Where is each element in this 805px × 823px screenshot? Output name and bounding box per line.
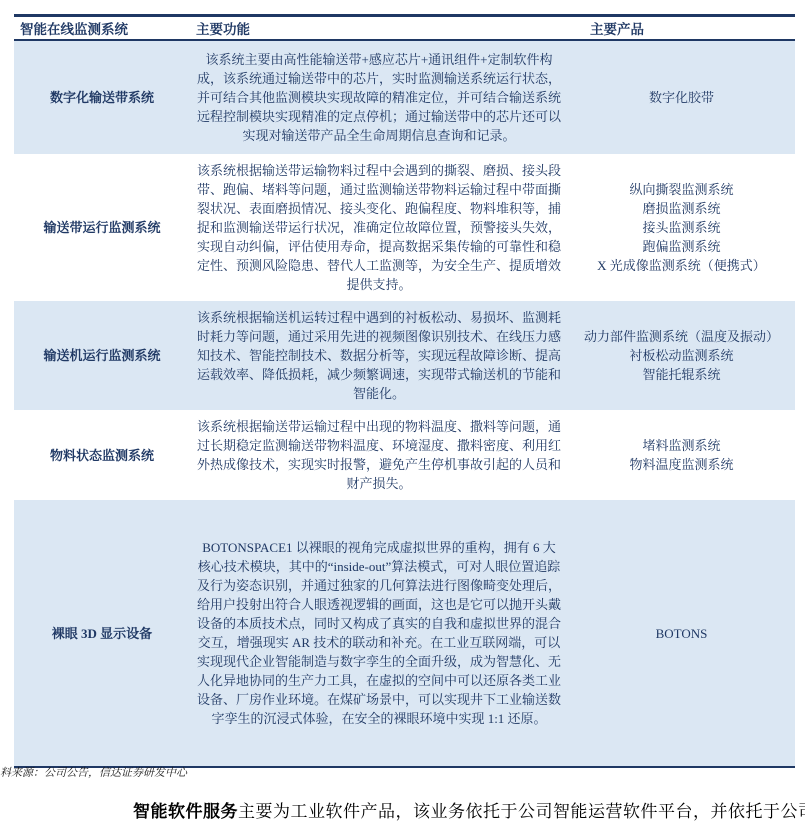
function-cell: 该系统根据输送机运转过程中遇到的衬板松动、易损坏、监测耗时耗力等问题，通过采用先… [190,301,568,410]
table-row-belt-operation: 输送带运行监测系统 该系统根据输送带运输物料过程中会遇到的撕裂、磨损、接头段带、… [14,154,795,301]
research-report-page: 智能在线监测系统 主要功能 主要产品 数字化输送带系统 该系统主要由高性能输送带… [0,0,805,823]
product-cell: 堵料监测系统 物料温度监测系统 [568,410,795,500]
product-line: 跑偏监测系统 [642,237,720,256]
body-paragraph: 智能软件服务主要为工业软件产品，该业务依托于公司智能运营软件平台，并依托于公司 [0,797,805,822]
product-line: 衬板松动监测系统 [629,346,733,365]
product-line: 物料温度监测系统 [629,455,733,474]
product-line: 堵料监测系统 [642,436,720,455]
body-paragraph-text: 主要为工业软件产品，该业务依托于公司智能运营软件平台，并依托于公司 [238,802,805,821]
body-paragraph-lead: 智能软件服务 [133,802,238,821]
header-product-column: 主要产品 [568,18,795,38]
table-row-naked-eye-3d: 裸眼 3D 显示设备 BOTONSPACE1 以裸眼的视角完成虚拟世界的重构，拥… [14,500,795,766]
product-line: X 光成像监测系统（便携式） [597,256,766,275]
table-row-material-state: 物料状态监测系统 该系统根据输送带运输过程中出现的物料温度、撒料等问题，通过长期… [14,410,795,500]
source-note: 料来源：公司公告，信达证券研发中心 [0,764,187,780]
function-cell: BOTONSPACE1 以裸眼的视角完成虚拟世界的重构，拥有 6 大核心技术模块… [190,500,568,766]
product-line: 纵向撕裂监测系统 [629,180,733,199]
product-cell: BOTONS [568,500,795,766]
table-header-row: 智能在线监测系统 主要功能 主要产品 [14,17,795,41]
system-name-cell: 物料状态监测系统 [14,410,190,500]
header-function-column: 主要功能 [190,18,568,38]
function-cell: 该系统根据输送带运输过程中出现的物料温度、撒料等问题，通过长期稳定监测输送带物料… [190,410,568,500]
product-line: 磨损监测系统 [642,199,720,218]
function-cell: 该系统主要由高性能输送带+感应芯片+通讯组件+定制软件构成，该系统通过输送带中的… [190,41,568,154]
product-line: 数字化胶带 [649,88,714,107]
product-line: BOTONS [656,624,708,643]
header-system-column: 智能在线监测系统 [14,18,190,38]
monitoring-systems-table: 智能在线监测系统 主要功能 主要产品 数字化输送带系统 该系统主要由高性能输送带… [14,14,795,768]
system-name-cell: 输送机运行监测系统 [14,301,190,410]
system-name-cell: 输送带运行监测系统 [14,154,190,301]
table-row-digital-belt: 数字化输送带系统 该系统主要由高性能输送带+感应芯片+通讯组件+定制软件构成，该… [14,41,795,154]
table-row-conveyor-operation: 输送机运行监测系统 该系统根据输送机运转过程中遇到的衬板松动、易损坏、监测耗时耗… [14,301,795,410]
product-cell: 数字化胶带 [568,41,795,154]
product-line: 接头监测系统 [642,218,720,237]
system-name-cell: 裸眼 3D 显示设备 [14,500,190,766]
product-line: 智能托辊系统 [642,365,720,384]
system-name-cell: 数字化输送带系统 [14,41,190,154]
function-cell: 该系统根据输送带运输物料过程中会遇到的撕裂、磨损、接头段带、跑偏、堵料等问题，通… [190,154,568,301]
product-cell: 纵向撕裂监测系统 磨损监测系统 接头监测系统 跑偏监测系统 X 光成像监测系统（… [568,154,795,301]
product-line: 动力部件监测系统（温度及振动） [584,327,779,346]
product-cell: 动力部件监测系统（温度及振动） 衬板松动监测系统 智能托辊系统 [568,301,795,410]
